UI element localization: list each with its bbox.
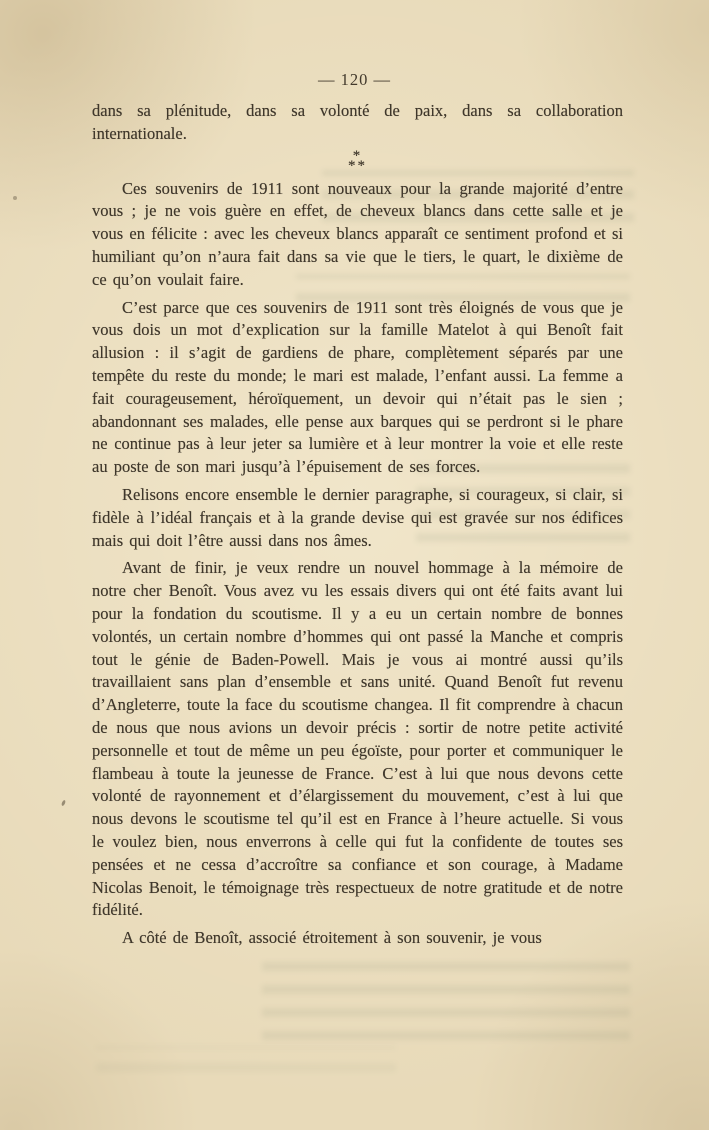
body-text-block: dans sa plénitude, dans sa volonté de pa… xyxy=(92,100,623,955)
scan-speck-artifact xyxy=(61,800,66,807)
paragraph: C’est parce que ces souvenirs de 1911 so… xyxy=(92,297,623,479)
ink-bleed-through-artifact xyxy=(96,1046,396,1072)
paragraph-continuation: dans sa plénitude, dans sa volonté de pa… xyxy=(92,100,623,146)
asterisk-bottom: ** xyxy=(348,161,367,171)
page-number-header: — 120 — xyxy=(0,70,709,90)
asterism-divider: * ** xyxy=(92,151,623,171)
paragraph-incomplete-last: A côté de Benoît, associé étroitement à … xyxy=(92,927,623,950)
scan-speck-artifact xyxy=(13,196,17,200)
paragraph: Ces souvenirs de 1911 sont nouveaux pour… xyxy=(92,178,623,292)
ink-bleed-through-artifact xyxy=(262,948,630,1040)
scanned-book-page: — 120 — dans sa plénitude, dans sa volon… xyxy=(0,0,709,1130)
paragraph: Avant de finir, je veux rendre un nouvel… xyxy=(92,557,623,922)
paragraph: Relisons encore ensemble le dernier para… xyxy=(92,484,623,552)
